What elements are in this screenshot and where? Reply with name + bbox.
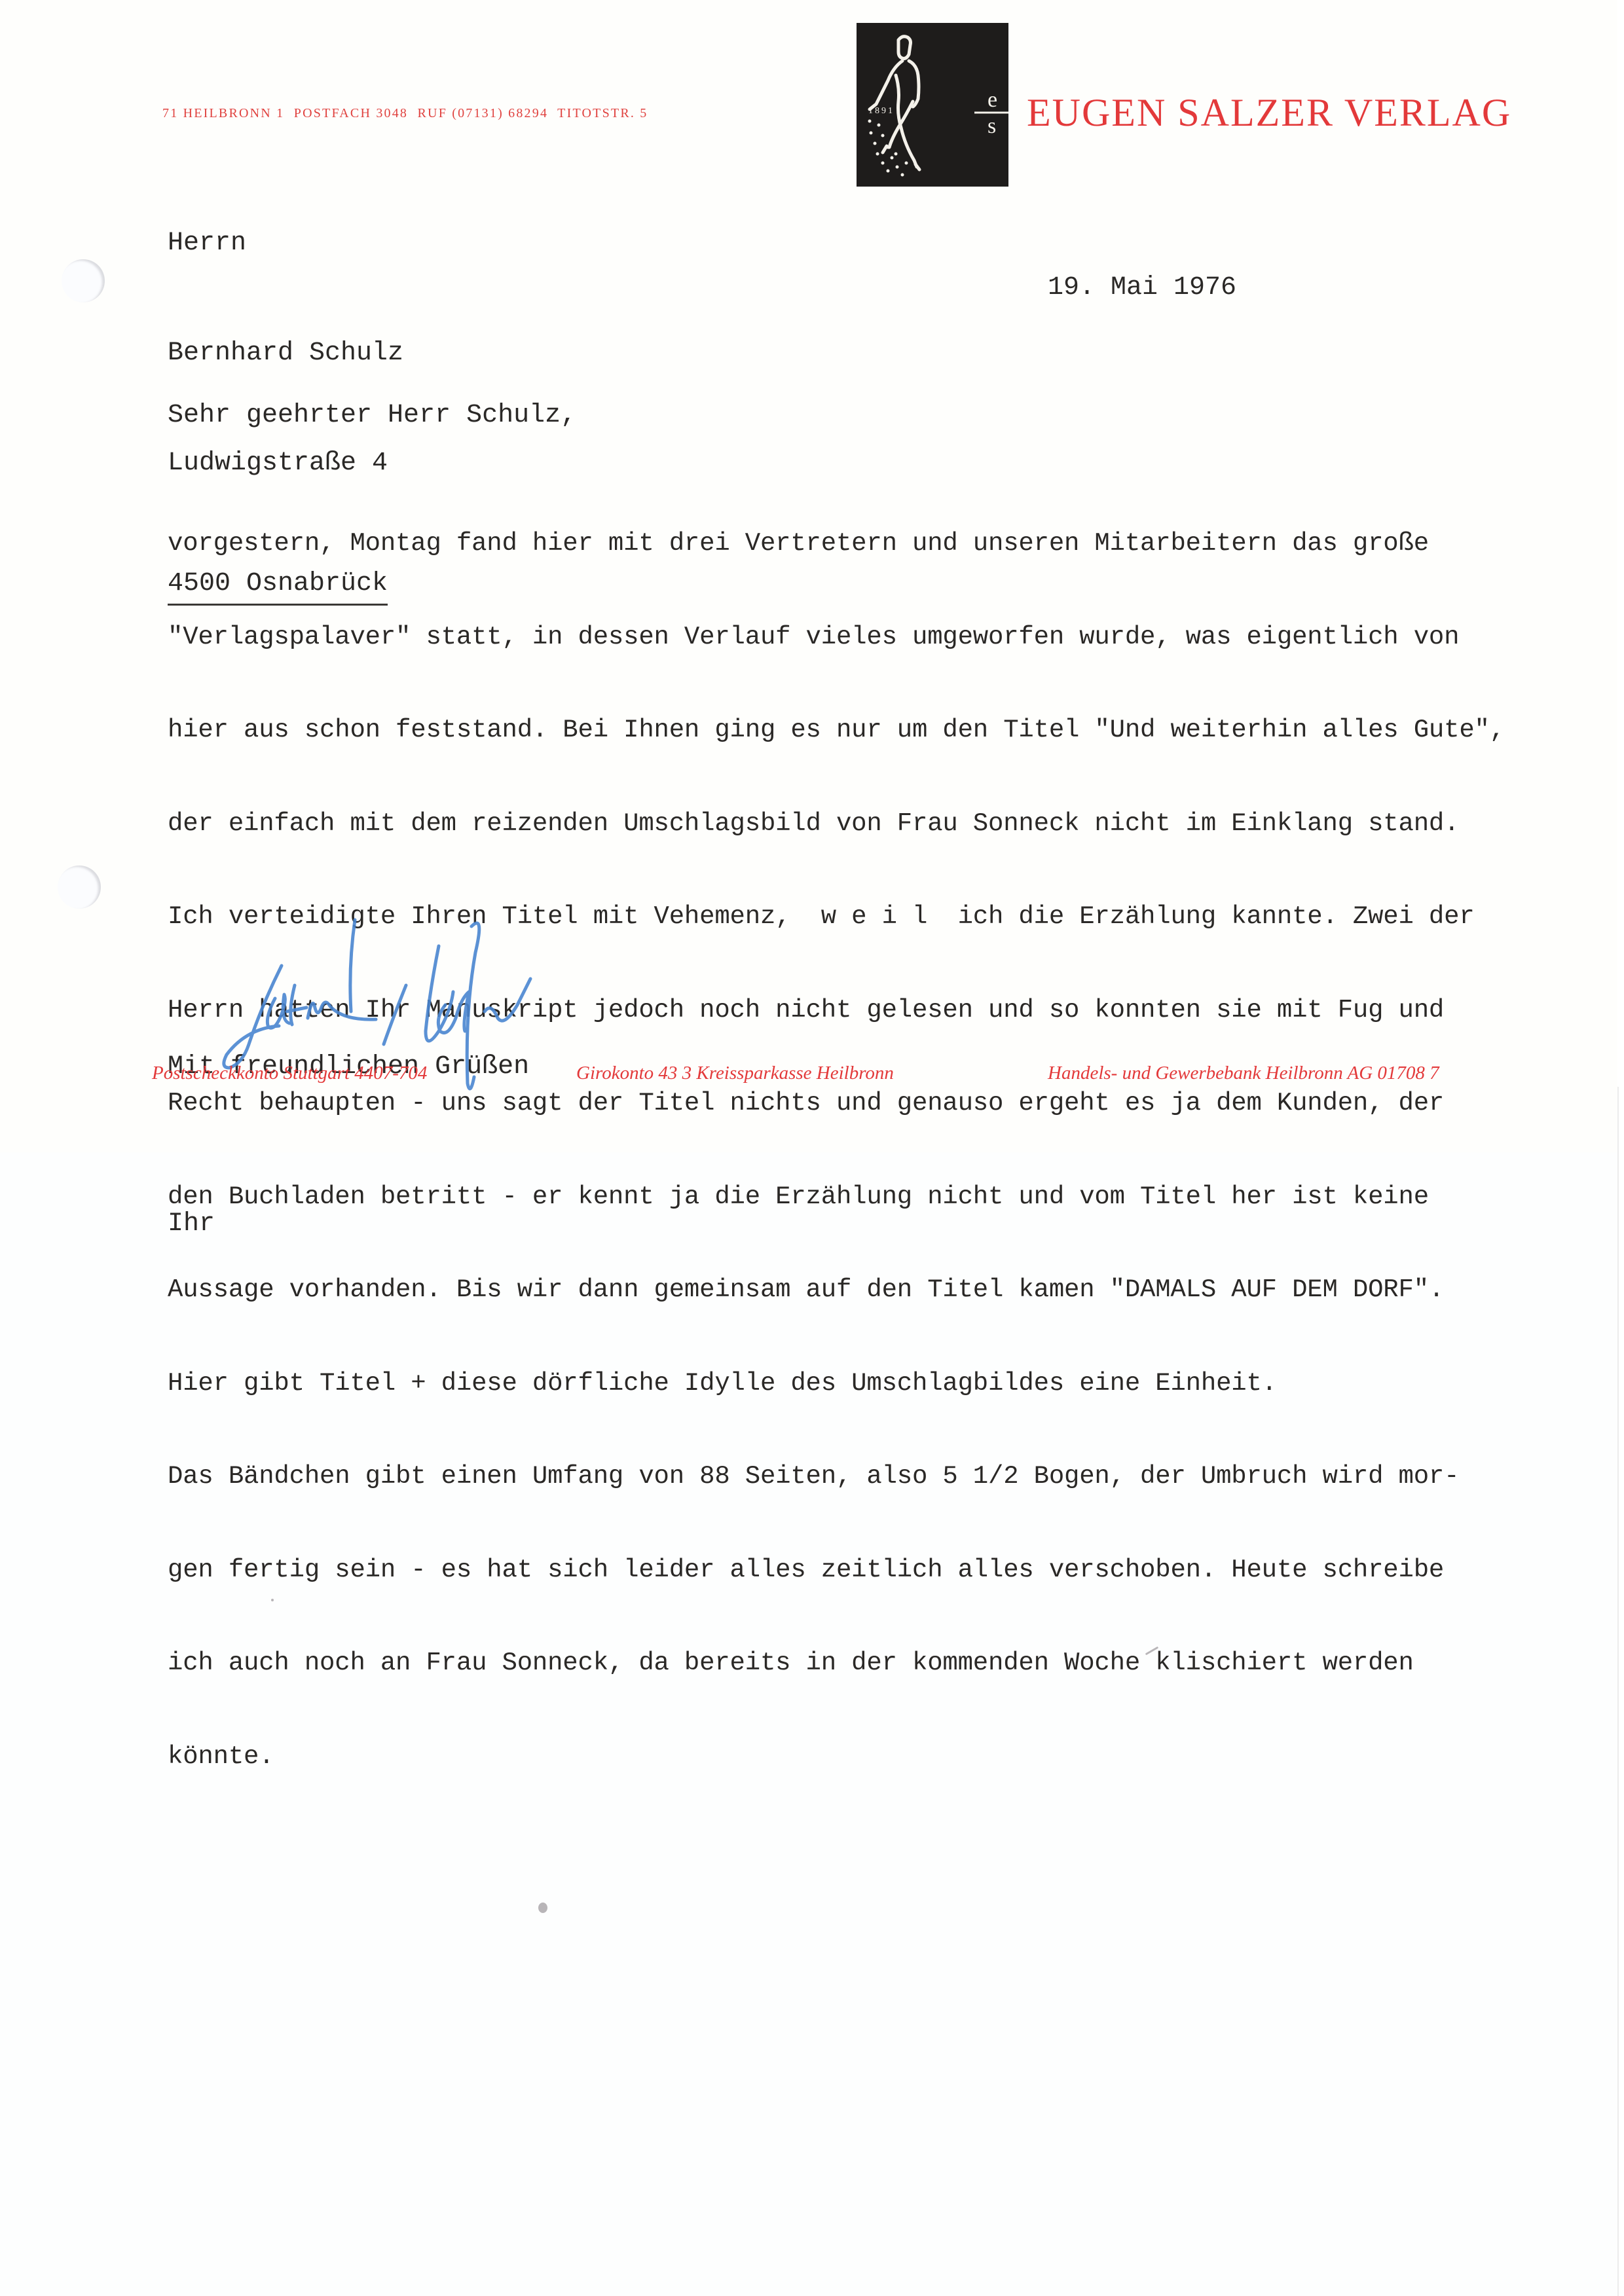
body-line: "Verlagspalaver" statt, in dessen Verlau… bbox=[168, 622, 1505, 653]
publisher-name: EUGEN SALZER VERLAG bbox=[1027, 90, 1511, 136]
body-line: Das Bändchen gibt einen Umfang von 88 Se… bbox=[168, 1461, 1505, 1493]
footer-girokonto: Girokonto 43 3 Kreissparkasse Heilbronn bbox=[576, 1063, 894, 1084]
letter-date: 19. Mai 1976 bbox=[1048, 273, 1236, 302]
closing-sign-off: Ihr bbox=[168, 1198, 529, 1250]
svg-text:e: e bbox=[987, 88, 997, 112]
scan-speck bbox=[271, 1599, 274, 1601]
punch-hole bbox=[58, 866, 101, 909]
scan-speck bbox=[538, 1903, 547, 1913]
body-line: ich auch noch an Frau Sonneck, da bereit… bbox=[168, 1648, 1505, 1679]
body-line: gen fertig sein - es hat sich leider all… bbox=[168, 1555, 1505, 1586]
footer-bank: Handels- und Gewerbebank Heilbronn AG 01… bbox=[1048, 1063, 1439, 1084]
body-line: Hier gibt Titel + diese dörfliche Idylle… bbox=[168, 1368, 1505, 1400]
body-line: der einfach mit dem reizenden Umschlagsb… bbox=[168, 809, 1505, 840]
body-line: vorgestern, Montag fand hier mit drei Ve… bbox=[168, 528, 1505, 560]
svg-text:s: s bbox=[987, 114, 996, 138]
sower-logo-icon: 1891 e s bbox=[857, 23, 1008, 187]
body-line: könnte. bbox=[168, 1741, 1505, 1773]
paper-edge bbox=[1617, 1087, 1619, 2296]
recipient-title: Herrn bbox=[168, 225, 403, 262]
salutation: Sehr geehrter Herr Schulz, bbox=[168, 401, 576, 430]
footer-postscheck: Postscheckkonto Stuttgart 4407-704 bbox=[152, 1063, 427, 1084]
recipient-name: Bernhard Schulz bbox=[168, 335, 403, 372]
punch-hole bbox=[62, 259, 105, 302]
svg-text:1891: 1891 bbox=[868, 106, 895, 116]
letterhead-address: 71 HEILBRONN 1 POSTFACH 3048 RUF (07131)… bbox=[162, 106, 648, 121]
body-line: hier aus schon feststand. Bei Ihnen ging… bbox=[168, 715, 1505, 746]
